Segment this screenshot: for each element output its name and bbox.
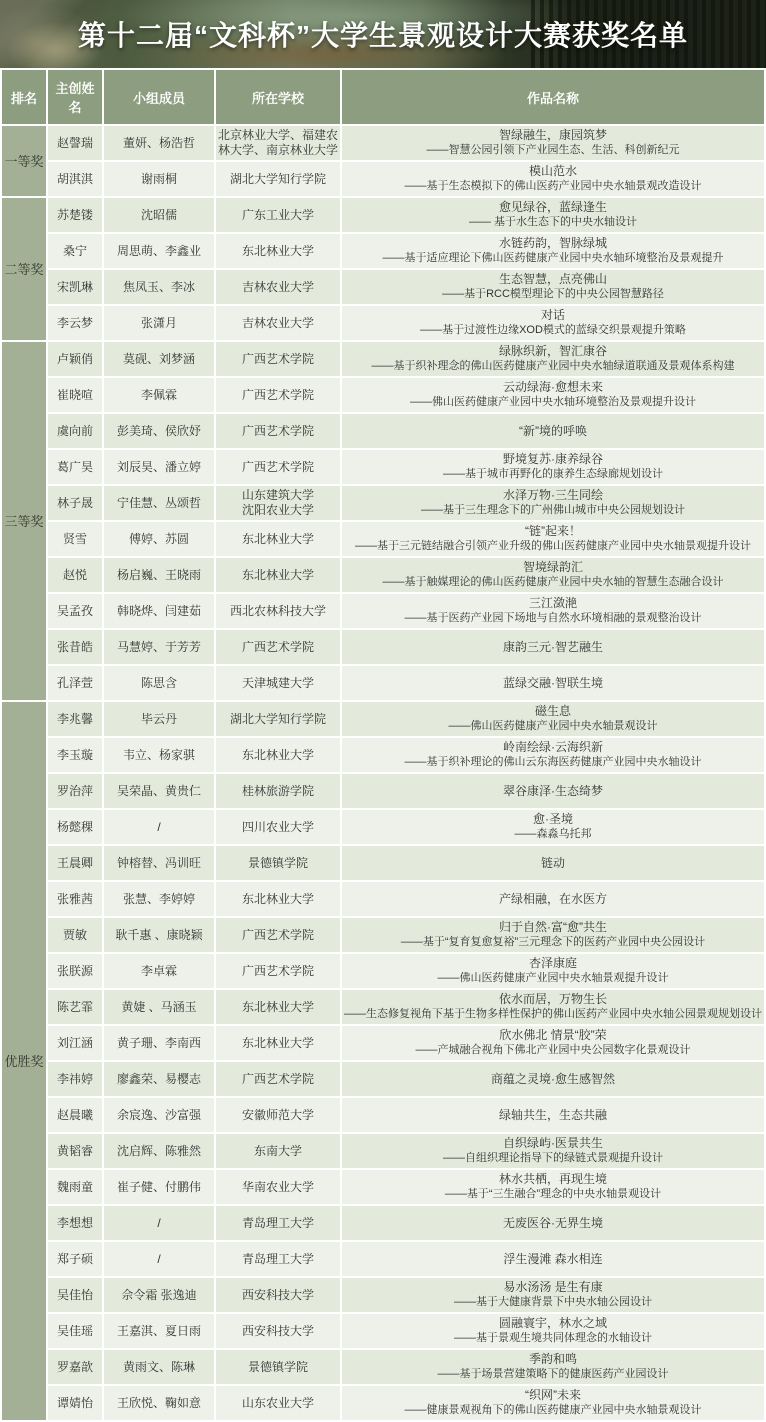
school-cell: 广西艺术学院 (215, 413, 341, 449)
work-subtitle: ——基于触媒理论的佛山医药健康产业园中央水轴的智慧生态融合设计 (344, 575, 762, 590)
column-header-members: 小组成员 (103, 69, 215, 125)
table-row: 葛广昊刘辰昊、潘立婷广西艺术学院野境复苏·康养绿谷——基于城市再野化的康养生态绿… (1, 449, 765, 485)
work-title: 岭南绘绿·云海织新 (344, 740, 762, 755)
rank-cell: 优胜奖 (1, 701, 47, 1421)
school-cell: 青岛理工大学 (215, 1205, 341, 1241)
work-cell: 愈·圣境——森淼乌托邦 (341, 809, 765, 845)
rank-cell: 一等奖 (1, 125, 47, 197)
awards-table: 排名 主创姓名 小组成员 所在学校 作品名称 一等奖赵謦瑞董妍、杨浩哲北京林业大… (0, 68, 766, 1422)
name-cell: 卢颖俏 (47, 341, 103, 377)
members-cell: 吴荣晶、黄贵仁 (103, 773, 215, 809)
school-cell: 山东建筑大学 沈阳农业大学 (215, 485, 341, 521)
school-cell: 吉林农业大学 (215, 305, 341, 341)
school-cell: 广西艺术学院 (215, 629, 341, 665)
school-cell: 湖北大学知行学院 (215, 701, 341, 737)
work-cell: 康韵三元·智艺融生 (341, 629, 765, 665)
column-header-work: 作品名称 (341, 69, 765, 125)
school-cell: 东北林业大学 (215, 233, 341, 269)
work-title: 翠谷康泽·生态绮梦 (344, 784, 762, 799)
table-row: 崔晓喧李佩霖广西艺术学院云动绿海·愈想未来——佛山医药健康产业园中央水轴环境整治… (1, 377, 765, 413)
work-subtitle: ——基于适应理论下佛山医药健康产业园中央水轴环境整治及景观提升 (344, 251, 762, 266)
members-cell: / (103, 1205, 215, 1241)
school-cell: 桂林旅游学院 (215, 773, 341, 809)
work-cell: “织网”未来——健康景观视角下的佛山医药健康产业园中央水轴景观设计 (341, 1385, 765, 1421)
work-subtitle: ——产城融合视角下佛北产业园中央公园数字化景观设计 (344, 1043, 762, 1058)
name-cell: 李兆馨 (47, 701, 103, 737)
table-row: 三等奖卢颖俏莫砚、刘梦涵广西艺术学院绿脉织新，智汇康谷——基于织补理念的佛山医药… (1, 341, 765, 377)
work-cell: 欣水佛北 情景“胶”荣——产城融合视角下佛北产业园中央公园数字化景观设计 (341, 1025, 765, 1061)
school-cell: 东北林业大学 (215, 989, 341, 1025)
work-title: 易水汤汤 是生有康 (344, 1280, 762, 1295)
school-cell: 广西艺术学院 (215, 1061, 341, 1097)
work-title: 产绿相融，在水医方 (344, 892, 762, 907)
members-cell: 马慧婷、于芳芳 (103, 629, 215, 665)
name-cell: 黄韬睿 (47, 1133, 103, 1169)
school-cell: 西北农林科技大学 (215, 593, 341, 629)
work-cell: 岭南绘绿·云海织新——基于织补理论的佛山云东海医药健康产业园中央水轴设计 (341, 737, 765, 773)
table-row: 贤雪傅婷、苏圆东北林业大学“链”起来！——基于三元链结融合引领产业升级的佛山医药… (1, 521, 765, 557)
name-cell: 葛广昊 (47, 449, 103, 485)
school-cell: 湖北大学知行学院 (215, 161, 341, 197)
work-cell: 水泽万物·三生同绘——基于三生理念下的广州佛山城市中央公园规划设计 (341, 485, 765, 521)
school-cell: 山东农业大学 (215, 1385, 341, 1421)
name-cell: 桑宁 (47, 233, 103, 269)
work-title: 磁生息 (344, 704, 762, 719)
name-cell: 虞向前 (47, 413, 103, 449)
work-cell: 商蕴之灵境·愈生感智然 (341, 1061, 765, 1097)
table-row: 杨懿稞/四川农业大学愈·圣境——森淼乌托邦 (1, 809, 765, 845)
members-cell: 李卓霖 (103, 953, 215, 989)
table-row: 罗治萍吴荣晶、黄贵仁桂林旅游学院翠谷康泽·生态绮梦 (1, 773, 765, 809)
members-cell: 佘令霜 张逸迪 (103, 1277, 215, 1313)
name-cell: 李想想 (47, 1205, 103, 1241)
work-cell: 绿脉织新，智汇康谷——基于织补理念的佛山医药健康产业园中央水轴绿道联通及景观体系… (341, 341, 765, 377)
column-header-school: 所在学校 (215, 69, 341, 125)
members-cell: 毕云丹 (103, 701, 215, 737)
school-cell: 天津城建大学 (215, 665, 341, 701)
work-cell: 磁生息——佛山医药健康产业园中央水轴景观设计 (341, 701, 765, 737)
work-cell: 圆融寰宇，林水之域——基于景观生境共同体理念的水轴设计 (341, 1313, 765, 1349)
work-cell: 翠谷康泽·生态绮梦 (341, 773, 765, 809)
members-cell: 韩晓烨、闫建茹 (103, 593, 215, 629)
school-cell: 东南大学 (215, 1133, 341, 1169)
table-row: 林子晟宁佳慧、丛颂哲山东建筑大学 沈阳农业大学水泽万物·三生同绘——基于三生理念… (1, 485, 765, 521)
work-cell: 云动绿海·愈想未来——佛山医药健康产业园中央水轴环境整治及景观提升设计 (341, 377, 765, 413)
table-row: 魏雨童崔子健、付鹏伟华南农业大学林水共栖，再现生境——基于“三生融合”理念的中央… (1, 1169, 765, 1205)
members-cell: 黄子珊、李南西 (103, 1025, 215, 1061)
work-cell: 生态智慧，点亮佛山——基于RCC模型理论下的中央公园智慧路径 (341, 269, 765, 305)
members-cell: 廖鑫荣、易樱志 (103, 1061, 215, 1097)
name-cell: 宋凯琳 (47, 269, 103, 305)
work-subtitle: ——基于“复育复愈复裕”三元理念下的医药产业园中央公园设计 (344, 935, 762, 950)
work-subtitle: ——基于RCC模型理论下的中央公园智慧路径 (344, 287, 762, 302)
work-subtitle: ——佛山医药健康产业园中央水轴环境整治及景观提升设计 (344, 395, 762, 410)
school-cell: 东北林业大学 (215, 521, 341, 557)
work-cell: 季韵和鸣——基于场景营建策略下的健康医药产业园设计 (341, 1349, 765, 1385)
rank-cell: 二等奖 (1, 197, 47, 341)
members-cell: 沈启辉、陈雅然 (103, 1133, 215, 1169)
work-title: 绿脉织新，智汇康谷 (344, 344, 762, 359)
school-cell: 西安科技大学 (215, 1277, 341, 1313)
table-row: 王晨卿钟榕替、冯训旺景德镇学院链动 (1, 845, 765, 881)
page-title: 第十二届“文科杯”大学生景观设计大赛获奖名单 (78, 14, 688, 54)
table-row: 赵晨曦余宸逸、沙富强安徽师范大学绿轴共生，生态共融 (1, 1097, 765, 1133)
work-title: 无废医谷·无界生境 (344, 1216, 762, 1231)
table-row: 黄韬睿沈启辉、陈雅然东南大学自织绿屿·医景共生——自组织理论指导下的绿链式景观提… (1, 1133, 765, 1169)
name-cell: 吴佳怡 (47, 1277, 103, 1313)
school-cell: 广西艺术学院 (215, 917, 341, 953)
name-cell: 赵晨曦 (47, 1097, 103, 1133)
school-cell: 安徽师范大学 (215, 1097, 341, 1133)
work-subtitle: —— 基于水生态下的中央水轴设计 (344, 215, 762, 230)
school-cell: 广西艺术学院 (215, 449, 341, 485)
members-cell: 杨启巍、王晓雨 (103, 557, 215, 593)
work-cell: “链”起来！——基于三元链结融合引领产业升级的佛山医药健康产业园中央水轴景观提升… (341, 521, 765, 557)
work-subtitle: ——基于景观生境共同体理念的水轴设计 (344, 1331, 762, 1346)
name-cell: 谭婧怡 (47, 1385, 103, 1421)
name-cell: 崔晓喧 (47, 377, 103, 413)
table-row: 优胜奖李兆馨毕云丹湖北大学知行学院磁生息——佛山医药健康产业园中央水轴景观设计 (1, 701, 765, 737)
work-cell: 自织绿屿·医景共生——自组织理论指导下的绿链式景观提升设计 (341, 1133, 765, 1169)
school-cell: 北京林业大学、福建农林大学、南京林业大学 (215, 125, 341, 161)
name-cell: 罗嘉歆 (47, 1349, 103, 1385)
work-title: “织网”未来 (344, 1388, 762, 1403)
members-cell: 彭美琦、侯欣妤 (103, 413, 215, 449)
work-cell: 浮生漫滩 森水相连 (341, 1241, 765, 1277)
work-subtitle: ——森淼乌托邦 (344, 827, 762, 842)
members-cell: 张潇月 (103, 305, 215, 341)
school-cell: 广西艺术学院 (215, 341, 341, 377)
members-cell: 耿千惠 、康晓颖 (103, 917, 215, 953)
work-title: 三江潋滟 (344, 596, 762, 611)
work-subtitle: ——基于三生理念下的广州佛山城市中央公园规划设计 (344, 503, 762, 518)
work-title: 对话 (344, 308, 762, 323)
table-row: 李玉璇韦立、杨家骐东北林业大学岭南绘绿·云海织新——基于织补理论的佛山云东海医药… (1, 737, 765, 773)
members-cell: 韦立、杨家骐 (103, 737, 215, 773)
members-cell: 谢雨桐 (103, 161, 215, 197)
work-title: 季韵和鸣 (344, 1352, 762, 1367)
work-subtitle: ——基于织补理论的佛山云东海医药健康产业园中央水轴设计 (344, 755, 762, 770)
work-title: “链”起来！ (344, 524, 762, 539)
work-title: 浮生漫滩 森水相连 (344, 1252, 762, 1267)
school-cell: 华南农业大学 (215, 1169, 341, 1205)
school-cell: 东北林业大学 (215, 737, 341, 773)
table-row: 宋凯琳焦凤玉、李冰吉林农业大学生态智慧，点亮佛山——基于RCC模型理论下的中央公… (1, 269, 765, 305)
work-cell: 杏泽康庭——佛山医药健康产业园中央水轴景观提升设计 (341, 953, 765, 989)
work-cell: 易水汤汤 是生有康——基于大健康背景下中央水轴公园设计 (341, 1277, 765, 1313)
work-cell: 模山范水——基于生态模拟下的佛山医药产业园中央水轴景观改造设计 (341, 161, 765, 197)
members-cell: 钟榕替、冯训旺 (103, 845, 215, 881)
work-title: 杏泽康庭 (344, 956, 762, 971)
school-cell: 四川农业大学 (215, 809, 341, 845)
name-cell: 李云梦 (47, 305, 103, 341)
work-subtitle: ——生态修复视角下基于生物多样性保护的佛山医药产业园中央水轴公园景观规划设计 (344, 1007, 762, 1022)
name-cell: 张昔皓 (47, 629, 103, 665)
work-cell: 水链药韵，智脉绿城——基于适应理论下佛山医药健康产业园中央水轴环境整治及景观提升 (341, 233, 765, 269)
table-body: 一等奖赵謦瑞董妍、杨浩哲北京林业大学、福建农林大学、南京林业大学智绿融生，康园筑… (1, 125, 765, 1421)
rank-cell: 三等奖 (1, 341, 47, 701)
name-cell: 孔泽萱 (47, 665, 103, 701)
work-subtitle: ——基于织补理念的佛山医药健康产业园中央水轴绿道联通及景观体系构建 (344, 359, 762, 374)
name-cell: 魏雨童 (47, 1169, 103, 1205)
name-cell: 赵悦 (47, 557, 103, 593)
work-title: 野境复苏·康养绿谷 (344, 452, 762, 467)
work-title: 愈·圣境 (344, 812, 762, 827)
members-cell: 焦凤玉、李冰 (103, 269, 215, 305)
banner: 第十二届“文科杯”大学生景观设计大赛获奖名单 (0, 0, 766, 68)
work-title: 智境绿韵汇 (344, 560, 762, 575)
school-cell: 吉林农业大学 (215, 269, 341, 305)
work-title: 水泽万物·三生同绘 (344, 488, 762, 503)
name-cell: 吴佳瑶 (47, 1313, 103, 1349)
name-cell: 贤雪 (47, 521, 103, 557)
work-cell: “新”境的呼唤 (341, 413, 765, 449)
name-cell: 张雅茜 (47, 881, 103, 917)
table-row: 赵悦杨启巍、王晓雨东北林业大学智境绿韵汇——基于触媒理论的佛山医药健康产业园中央… (1, 557, 765, 593)
column-header-rank: 排名 (1, 69, 47, 125)
work-subtitle: ——佛山医药健康产业园中央水轴景观设计 (344, 719, 762, 734)
work-title: 商蕴之灵境·愈生感智然 (344, 1072, 762, 1087)
work-title: 愈见绿谷，蓝绿逢生 (344, 200, 762, 215)
members-cell: 王嘉淇、夏日雨 (103, 1313, 215, 1349)
school-cell: 东北林业大学 (215, 881, 341, 917)
table-row: 桑宁周思萌、李鑫业东北林业大学水链药韵，智脉绿城——基于适应理论下佛山医药健康产… (1, 233, 765, 269)
work-title: 模山范水 (344, 164, 762, 179)
work-cell: 绿轴共生，生态共融 (341, 1097, 765, 1133)
work-title: 链动 (344, 856, 762, 871)
table-row: 陈艺霏黄婕 、马涵玉东北林业大学依水而居，万物生长——生态修复视角下基于生物多样… (1, 989, 765, 1025)
work-subtitle: ——佛山医药健康产业园中央水轴景观提升设计 (344, 971, 762, 986)
work-subtitle: ——基于过渡性边缘XOD模式的蓝绿交织景观提升策略 (344, 323, 762, 338)
work-cell: 智绿融生，康园筑梦——智慧公园引领下产业园生态、生活、科创新纪元 (341, 125, 765, 161)
work-subtitle: ——基于“三生融合”理念的中央水轴景观设计 (344, 1187, 762, 1202)
work-title: 欣水佛北 情景“胶”荣 (344, 1028, 762, 1043)
work-title: 康韵三元·智艺融生 (344, 640, 762, 655)
table-row: 张昔皓马慧婷、于芳芳广西艺术学院康韵三元·智艺融生 (1, 629, 765, 665)
work-title: 智绿融生，康园筑梦 (344, 128, 762, 143)
work-title: 依水而居，万物生长 (344, 992, 762, 1007)
work-cell: 智境绿韵汇——基于触媒理论的佛山医药健康产业园中央水轴的智慧生态融合设计 (341, 557, 765, 593)
school-cell: 西安科技大学 (215, 1313, 341, 1349)
table-row: 吴孟孜韩晓烨、闫建茹西北农林科技大学三江潋滟——基于医药产业园下场地与自然水环境… (1, 593, 765, 629)
table-row: 吴佳怡佘令霜 张逸迪西安科技大学易水汤汤 是生有康——基于大健康背景下中央水轴公… (1, 1277, 765, 1313)
name-cell: 杨懿稞 (47, 809, 103, 845)
table-row: 胡淇淇谢雨桐湖北大学知行学院模山范水——基于生态模拟下的佛山医药产业园中央水轴景… (1, 161, 765, 197)
name-cell: 李祎婷 (47, 1061, 103, 1097)
table-row: 罗嘉歆黄雨文、陈琳景德镇学院季韵和鸣——基于场景营建策略下的健康医药产业园设计 (1, 1349, 765, 1385)
work-cell: 归于自然·富“愈”共生——基于“复育复愈复裕”三元理念下的医药产业园中央公园设计 (341, 917, 765, 953)
table-row: 谭婧怡王欣悦、鞠如意山东农业大学“织网”未来——健康景观视角下的佛山医药健康产业… (1, 1385, 765, 1421)
work-title: 生态智慧，点亮佛山 (344, 272, 762, 287)
school-cell: 广东工业大学 (215, 197, 341, 233)
table-row: 郑子硕/青岛理工大学浮生漫滩 森水相连 (1, 1241, 765, 1277)
table-row: 张朕源李卓霖广西艺术学院杏泽康庭——佛山医药健康产业园中央水轴景观提升设计 (1, 953, 765, 989)
members-cell: 张慧、李婷婷 (103, 881, 215, 917)
name-cell: 吴孟孜 (47, 593, 103, 629)
members-cell: 刘辰昊、潘立婷 (103, 449, 215, 485)
table-row: 虞向前彭美琦、侯欣妤广西艺术学院“新”境的呼唤 (1, 413, 765, 449)
members-cell: 黄婕 、马涵玉 (103, 989, 215, 1025)
header-row: 排名 主创姓名 小组成员 所在学校 作品名称 (1, 69, 765, 125)
name-cell: 胡淇淇 (47, 161, 103, 197)
work-subtitle: ——智慧公园引领下产业园生态、生活、科创新纪元 (344, 143, 762, 158)
work-title: 云动绿海·愈想未来 (344, 380, 762, 395)
members-cell: 董妍、杨浩哲 (103, 125, 215, 161)
members-cell: 王欣悦、鞠如意 (103, 1385, 215, 1421)
work-subtitle: ——基于场景营建策略下的健康医药产业园设计 (344, 1367, 762, 1382)
members-cell: 李佩霖 (103, 377, 215, 413)
work-title: 圆融寰宇，林水之域 (344, 1316, 762, 1331)
work-subtitle: ——基于三元链结融合引领产业升级的佛山医药健康产业园中央水轴景观提升设计 (344, 539, 762, 554)
members-cell: 崔子健、付鹏伟 (103, 1169, 215, 1205)
members-cell: / (103, 809, 215, 845)
table-row: 李想想/青岛理工大学无废医谷·无界生境 (1, 1205, 765, 1241)
members-cell: / (103, 1241, 215, 1277)
members-cell: 周思萌、李鑫业 (103, 233, 215, 269)
work-subtitle: ——基于医药产业园下场地与自然水环境相融的景观整治设计 (344, 611, 762, 626)
members-cell: 沈昭儒 (103, 197, 215, 233)
table-row: 李祎婷廖鑫荣、易樱志广西艺术学院商蕴之灵境·愈生感智然 (1, 1061, 765, 1097)
work-cell: 对话——基于过渡性边缘XOD模式的蓝绿交织景观提升策略 (341, 305, 765, 341)
members-cell: 宁佳慧、丛颂哲 (103, 485, 215, 521)
work-subtitle: ——基于城市再野化的康养生态绿廊规划设计 (344, 467, 762, 482)
school-cell: 景德镇学院 (215, 845, 341, 881)
work-cell: 林水共栖，再现生境——基于“三生融合”理念的中央水轴景观设计 (341, 1169, 765, 1205)
name-cell: 贾敏 (47, 917, 103, 953)
name-cell: 刘江涵 (47, 1025, 103, 1061)
name-cell: 张朕源 (47, 953, 103, 989)
column-header-name: 主创姓名 (47, 69, 103, 125)
members-cell: 莫砚、刘梦涵 (103, 341, 215, 377)
work-subtitle: ——健康景观视角下的佛山医药健康产业园中央水轴景观设计 (344, 1403, 762, 1418)
work-title: 自织绿屿·医景共生 (344, 1136, 762, 1151)
work-cell: 产绿相融，在水医方 (341, 881, 765, 917)
work-subtitle: ——自组织理论指导下的绿链式景观提升设计 (344, 1151, 762, 1166)
work-title: 绿轴共生，生态共融 (344, 1108, 762, 1123)
school-cell: 广西艺术学院 (215, 953, 341, 989)
work-title: 水链药韵，智脉绿城 (344, 236, 762, 251)
work-cell: 链动 (341, 845, 765, 881)
name-cell: 林子晟 (47, 485, 103, 521)
name-cell: 李玉璇 (47, 737, 103, 773)
members-cell: 傅婷、苏圆 (103, 521, 215, 557)
table-row: 张雅茜张慧、李婷婷东北林业大学产绿相融，在水医方 (1, 881, 765, 917)
name-cell: 苏楚镂 (47, 197, 103, 233)
members-cell: 陈思含 (103, 665, 215, 701)
name-cell: 郑子硕 (47, 1241, 103, 1277)
table-row: 吴佳瑶王嘉淇、夏日雨西安科技大学圆融寰宇，林水之域——基于景观生境共同体理念的水… (1, 1313, 765, 1349)
work-subtitle: ——基于大健康背景下中央水轴公园设计 (344, 1295, 762, 1310)
school-cell: 东北林业大学 (215, 1025, 341, 1061)
name-cell: 陈艺霏 (47, 989, 103, 1025)
table-row: 刘江涵黄子珊、李南西东北林业大学欣水佛北 情景“胶”荣——产城融合视角下佛北产业… (1, 1025, 765, 1061)
work-title: “新”境的呼唤 (344, 424, 762, 439)
table-row: 二等奖苏楚镂沈昭儒广东工业大学愈见绿谷，蓝绿逢生—— 基于水生态下的中央水轴设计 (1, 197, 765, 233)
table-row: 贾敏耿千惠 、康晓颖广西艺术学院归于自然·富“愈”共生——基于“复育复愈复裕”三… (1, 917, 765, 953)
work-cell: 蓝绿交融·智联生境 (341, 665, 765, 701)
work-title: 林水共栖，再现生境 (344, 1172, 762, 1187)
work-cell: 愈见绿谷，蓝绿逢生—— 基于水生态下的中央水轴设计 (341, 197, 765, 233)
name-cell: 赵謦瑞 (47, 125, 103, 161)
table-row: 李云梦张潇月吉林农业大学对话——基于过渡性边缘XOD模式的蓝绿交织景观提升策略 (1, 305, 765, 341)
work-title: 归于自然·富“愈”共生 (344, 920, 762, 935)
work-subtitle: ——基于生态模拟下的佛山医药产业园中央水轴景观改造设计 (344, 179, 762, 194)
work-cell: 无废医谷·无界生境 (341, 1205, 765, 1241)
school-cell: 景德镇学院 (215, 1349, 341, 1385)
work-title: 蓝绿交融·智联生境 (344, 676, 762, 691)
work-cell: 依水而居，万物生长——生态修复视角下基于生物多样性保护的佛山医药产业园中央水轴公… (341, 989, 765, 1025)
name-cell: 罗治萍 (47, 773, 103, 809)
members-cell: 黄雨文、陈琳 (103, 1349, 215, 1385)
school-cell: 东北林业大学 (215, 557, 341, 593)
school-cell: 青岛理工大学 (215, 1241, 341, 1277)
work-cell: 野境复苏·康养绿谷——基于城市再野化的康养生态绿廊规划设计 (341, 449, 765, 485)
members-cell: 余宸逸、沙富强 (103, 1097, 215, 1133)
table-row: 一等奖赵謦瑞董妍、杨浩哲北京林业大学、福建农林大学、南京林业大学智绿融生，康园筑… (1, 125, 765, 161)
work-cell: 三江潋滟——基于医药产业园下场地与自然水环境相融的景观整治设计 (341, 593, 765, 629)
name-cell: 王晨卿 (47, 845, 103, 881)
school-cell: 广西艺术学院 (215, 377, 341, 413)
table-row: 孔泽萱陈思含天津城建大学蓝绿交融·智联生境 (1, 665, 765, 701)
